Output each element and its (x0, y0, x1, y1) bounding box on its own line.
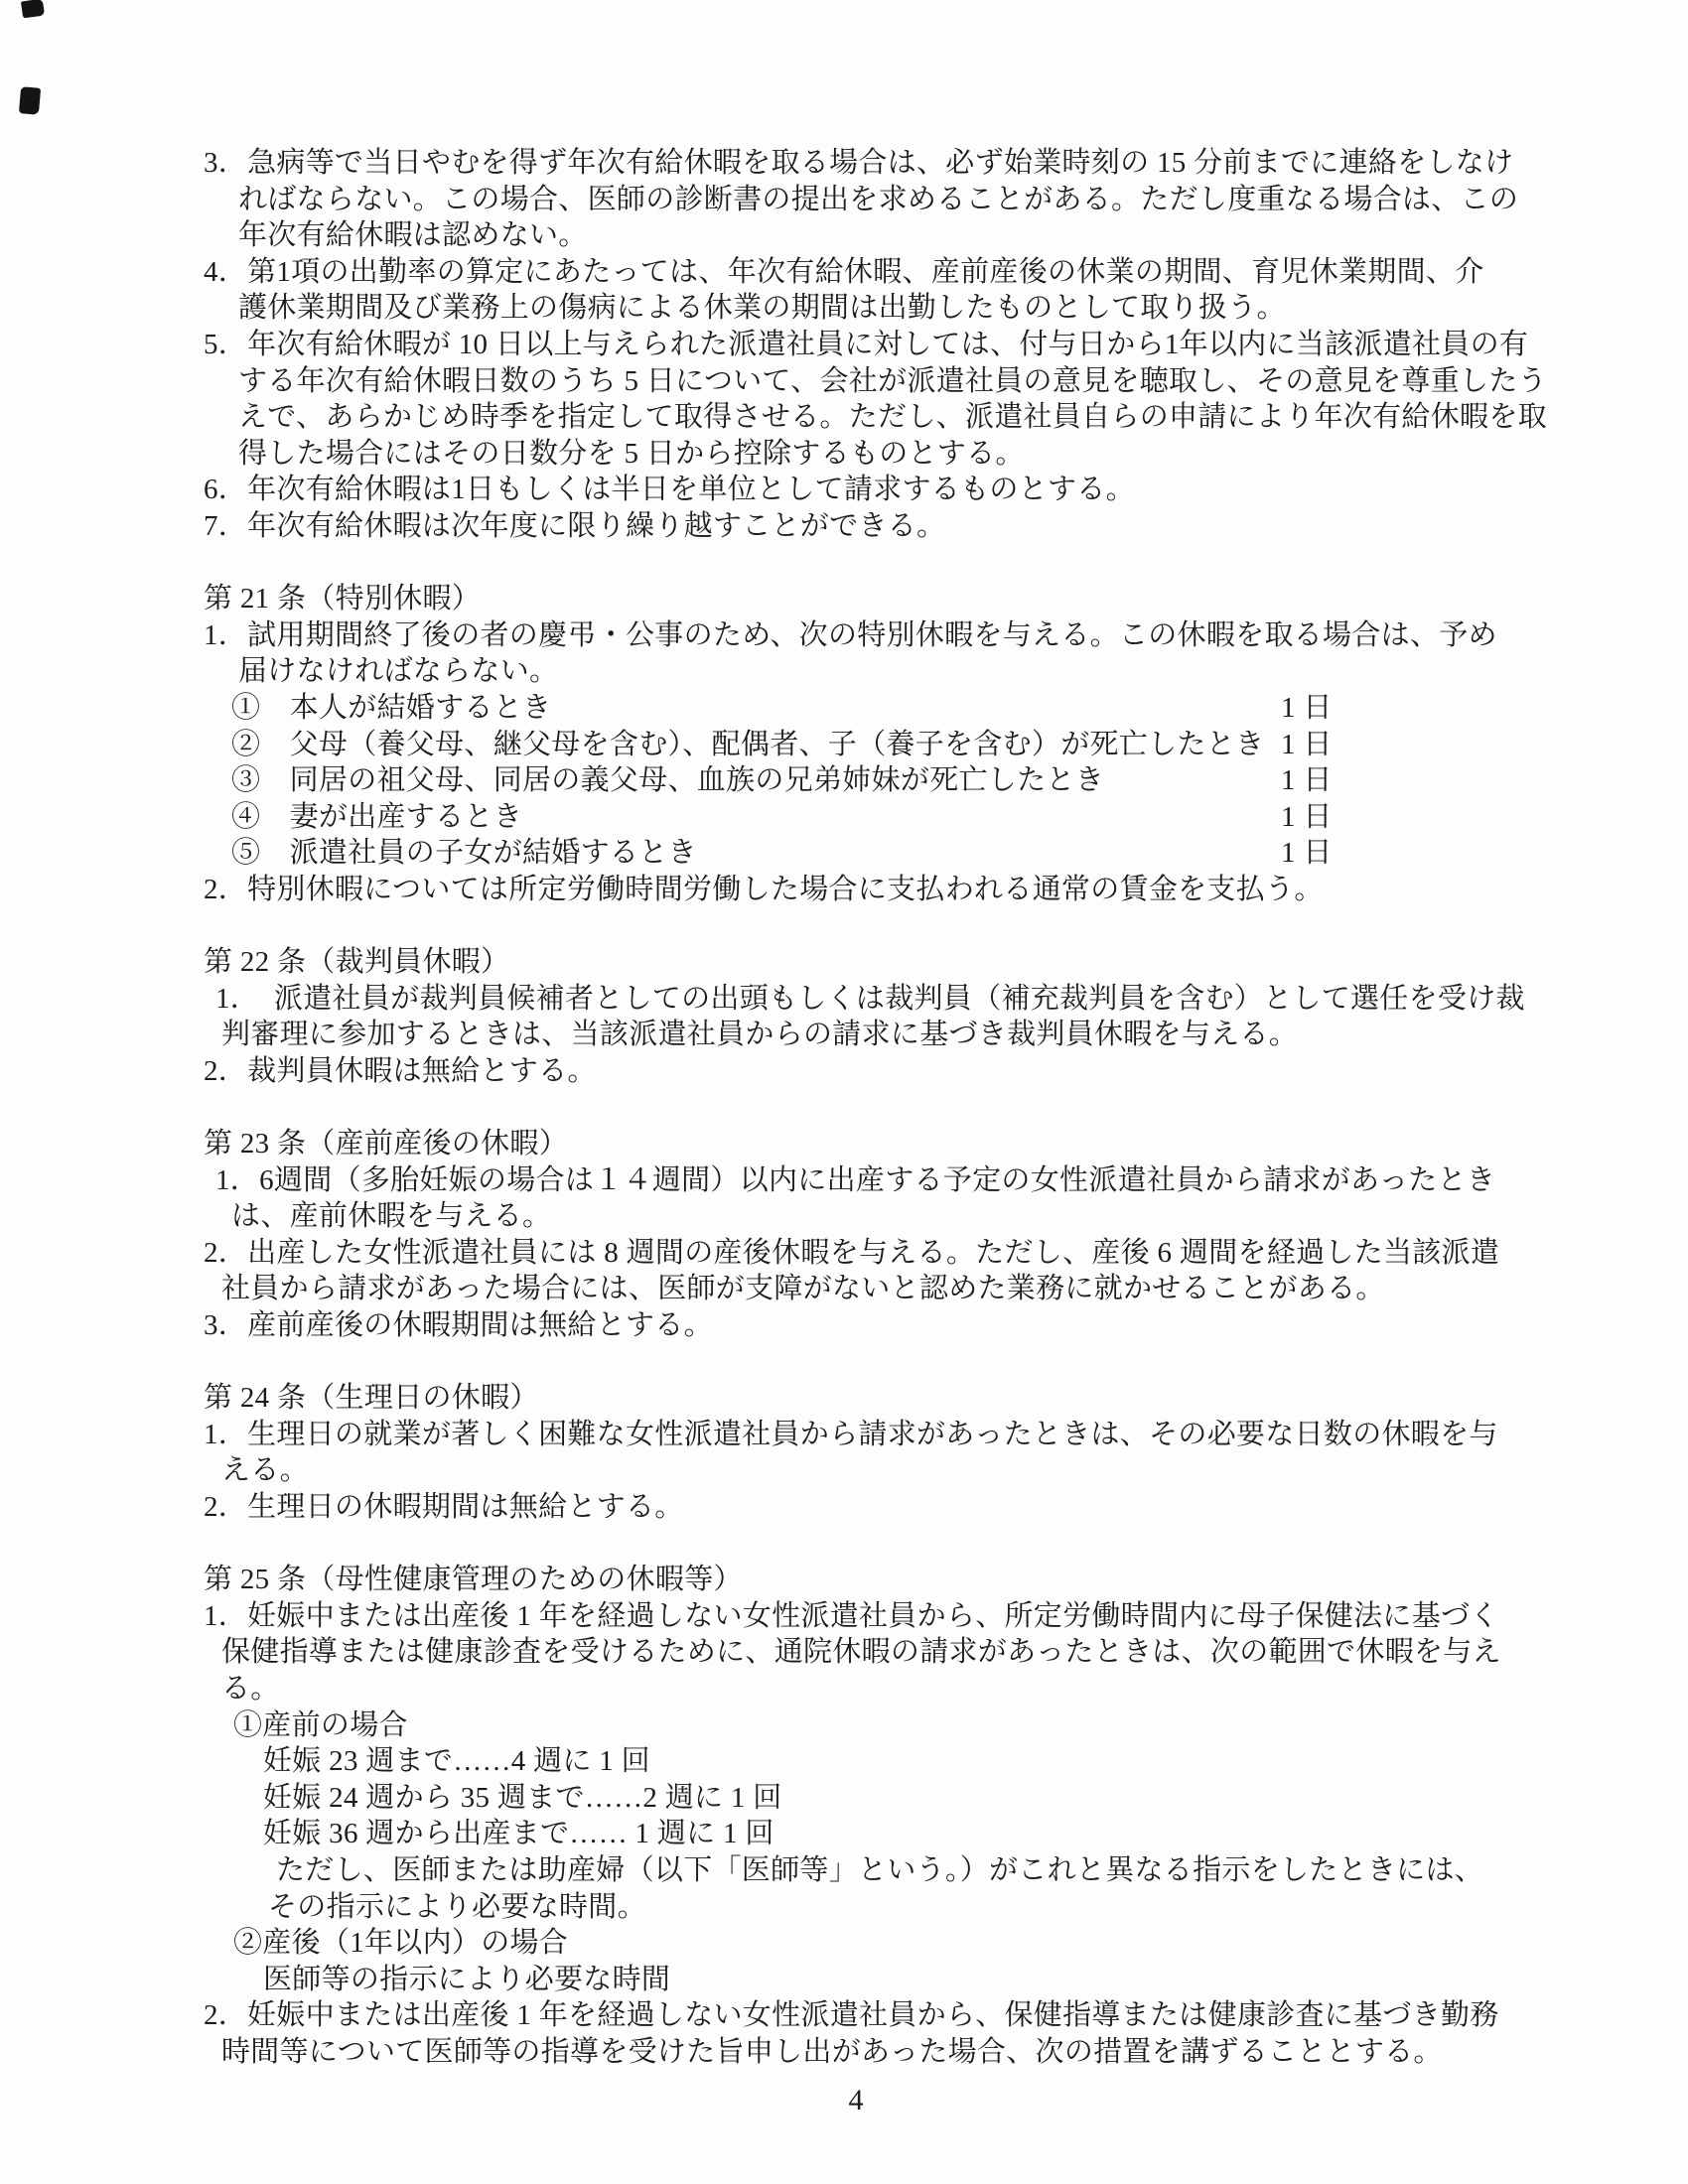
text-line: 7．年次有給休暇は次年度に限り繰り越すことができる。 (204, 508, 1554, 545)
text-line: 1．6週間（多胎妊娠の場合は１４週間）以内に出産する予定の女性派遣社員から請求が… (215, 1162, 1554, 1199)
line-text: 3．急病等で当日やむを得ず年次有給休暇を取る場合は、必ず始業時刻の 15 分前ま… (204, 147, 1513, 179)
article-heading: 第 23 条（産前産後の休暇） (204, 1126, 1554, 1162)
text-line: 妊娠 24 週から 35 週まで……2 週に 1 回 (263, 1780, 1554, 1817)
days-value: 1 日 (1281, 835, 1333, 872)
line-text: ればならない。この場合、医師の診断書の提出を求めることがある。ただし度重なる場合… (238, 184, 1518, 215)
line-text: ③ 同居の祖父母、同居の義父母、血族の兄弟姉妹が死亡したとき (231, 764, 1104, 796)
text-line: 3．産前産後の休暇期間は無給とする。 (204, 1307, 1554, 1344)
line-text: ①産前の場合 (233, 1709, 408, 1741)
scan-artifact-mark (21, 0, 45, 18)
article-heading: 第 22 条（裁判員休暇） (204, 944, 1554, 981)
text-line: ればならない。この場合、医師の診断書の提出を求めることがある。ただし度重なる場合… (238, 182, 1554, 218)
text-line: 2．裁判員休暇は無給とする。 (204, 1053, 1554, 1090)
line-text: 医師等の指示により必要な時間 (263, 1964, 670, 1995)
text-line: ①産前の場合 (233, 1707, 1554, 1744)
line-text: ⑤ 派遣社員の子女が結婚するとき (231, 837, 697, 869)
days-value: 1 日 (1281, 727, 1333, 763)
line-text: 妊娠 36 週から出産まで…… 1 週に 1 回 (263, 1818, 774, 1849)
text-line: ① 本人が結婚するとき1 日 (231, 690, 1554, 727)
text-line: 2．妊娠中または出産後 1 年を経過しない女性派遣社員から、保健指導または健康診… (204, 1997, 1554, 2034)
text-line: 妊娠 23 週まで……4 週に 1 回 (263, 1743, 1554, 1780)
line-text: ② 父母（養父母、継父母を含む）、配偶者、子（養子を含む）が死亡したとき (231, 729, 1264, 760)
line-text: 1．6週間（多胎妊娠の場合は１４週間）以内に出産する予定の女性派遣社員から請求が… (215, 1164, 1495, 1196)
line-text: ④ 妻が出産するとき (231, 801, 522, 833)
line-text: 妊娠 24 週から 35 週まで……2 週に 1 回 (263, 1782, 782, 1814)
line-text: えで、あらかじめ時季を指定して取得させる。ただし、派遣社員自らの申請により年次有… (238, 401, 1547, 433)
text-line: 医師等の指示により必要な時間 (263, 1962, 1554, 1998)
line-text: 第 24 条（生理日の休暇） (204, 1382, 539, 1414)
article-heading: 第 21 条（特別休暇） (204, 581, 1554, 617)
text-line: る。 (221, 1671, 1554, 1707)
text-line: 1．生理日の就業が著しく困難な女性派遣社員から請求があったときは、その必要な日数… (204, 1417, 1554, 1453)
line-text: 2．出産した女性派遣社員には 8 週間の産後休暇を与える。ただし、産後 6 週間… (204, 1237, 1499, 1269)
text-line: 3．急病等で当日やむを得ず年次有給休暇を取る場合は、必ず始業時刻の 15 分前ま… (204, 145, 1554, 182)
text-line: 1．試用期間終了後の者の慶弔・公事のため、次の特別休暇を与える。この休暇を取る場… (204, 617, 1554, 654)
text-line: 護休業期間及び業務上の傷病による休業の期間は出勤したものとして取り扱う。 (238, 290, 1554, 327)
line-text: 2．妊娠中または出産後 1 年を経過しない女性派遣社員から、保健指導または健康診… (204, 1999, 1499, 2031)
text-line: 判審理に参加するときは、当該派遣社員からの請求に基づき裁判員休暇を与える。 (221, 1017, 1554, 1053)
line-text: える。 (221, 1454, 309, 1486)
line-text: 第 23 条（産前産後の休暇） (204, 1128, 568, 1160)
scanned-document-page: 3．急病等で当日やむを得ず年次有給休暇を取る場合は、必ず始業時刻の 15 分前ま… (0, 0, 1688, 2184)
text-line: 時間等について医師等の指導を受けた旨申し出があった場合、次の措置を講ずることとす… (221, 2034, 1554, 2071)
line-text: 届けなければならない。 (238, 655, 558, 687)
text-line: ③ 同居の祖父母、同居の義父母、血族の兄弟姉妹が死亡したとき1 日 (231, 762, 1554, 799)
text-line: 得した場合にはその日数分を 5 日から控除するものとする。 (238, 436, 1554, 473)
line-text: る。 (221, 1673, 280, 1705)
line-text: 第 21 条（特別休暇） (204, 583, 481, 614)
line-text: 時間等について医師等の指導を受けた旨申し出があった場合、次の措置を講ずることとす… (221, 2036, 1443, 2068)
line-text: 1．生理日の就業が著しく困難な女性派遣社員から請求があったときは、その必要な日数… (204, 1419, 1498, 1450)
line-text: 2．特別休暇については所定労働時間労働した場合に支払われる通常の賃金を支払う。 (204, 874, 1324, 905)
text-line: ②産後（1年以内）の場合 (233, 1925, 1554, 1962)
line-text: 1．妊娠中または出産後 1 年を経過しない女性派遣社員から、所定労働時間内に母子… (204, 1600, 1499, 1632)
line-text: ただし、医師または助産婦（以下「医師等」という。）がこれと異なる指示をしたときに… (276, 1854, 1483, 1886)
line-text: 4．第1項の出勤率の算定にあたっては、年次有給休暇、産前産後の休業の期間、育児休… (204, 256, 1484, 288)
line-text: する年次有給休暇日数のうち 5 日について、会社が派遣社員の意見を聴取し、その意… (238, 365, 1547, 397)
text-line: する年次有給休暇日数のうち 5 日について、会社が派遣社員の意見を聴取し、その意… (238, 363, 1554, 400)
text-line: 2．生理日の休暇期間は無給とする。 (204, 1489, 1554, 1526)
text-line: は、産前休暇を与える。 (231, 1198, 1554, 1235)
text-line: 妊娠 36 週から出産まで…… 1 週に 1 回 (263, 1816, 1554, 1852)
days-value: 1 日 (1281, 690, 1333, 727)
days-value: 1 日 (1281, 799, 1333, 836)
line-text: 7．年次有給休暇は次年度に限り繰り越すことができる。 (204, 510, 945, 542)
text-line: ⑤ 派遣社員の子女が結婚するとき1 日 (231, 835, 1554, 872)
line-text: 得した場合にはその日数分を 5 日から控除するものとする。 (238, 438, 1025, 470)
document-content: 3．急病等で当日やむを得ず年次有給休暇を取る場合は、必ず始業時刻の 15 分前ま… (204, 145, 1554, 2070)
page-number: 4 (849, 2083, 864, 2118)
line-text: ① 本人が結婚するとき (231, 692, 551, 724)
line-text: 3．産前産後の休暇期間は無給とする。 (204, 1309, 713, 1341)
text-line: 6．年次有給休暇は1日もしくは半日を単位として請求するものとする。 (204, 472, 1554, 508)
article-heading: 第 25 条（母性健康管理のための休暇等） (204, 1562, 1554, 1598)
line-text: 6．年次有給休暇は1日もしくは半日を単位として請求するものとする。 (204, 474, 1135, 505)
line-text: 社員から請求があった場合には、医師が支障がないと認めた業務に就かせることがある。 (221, 1273, 1385, 1304)
text-line: ただし、医師または助産婦（以下「医師等」という。）がこれと異なる指示をしたときに… (276, 1852, 1554, 1889)
line-text: 2．生理日の休暇期間は無給とする。 (204, 1491, 684, 1523)
article-heading: 第 24 条（生理日の休暇） (204, 1380, 1554, 1417)
text-line: 保健指導または健康診査を受けるために、通院休暇の請求があったときは、次の範囲で休… (221, 1634, 1554, 1671)
text-line: 社員から請求があった場合には、医師が支障がないと認めた業務に就かせることがある。 (221, 1271, 1554, 1307)
line-text: 1． 派遣社員が裁判員候補者としての出頭もしくは裁判員（補充裁判員を含む）として… (215, 983, 1525, 1015)
text-line: 5．年次有給休暇が 10 日以上与えられた派遣社員に対しては、付与日から1年以内… (204, 327, 1554, 363)
text-line: 1． 派遣社員が裁判員候補者としての出頭もしくは裁判員（補充裁判員を含む）として… (215, 981, 1554, 1018)
scan-artifact-mark (19, 86, 41, 115)
text-line: 4．第1項の出勤率の算定にあたっては、年次有給休暇、産前産後の休業の期間、育児休… (204, 254, 1554, 291)
line-text: 5．年次有給休暇が 10 日以上与えられた派遣社員に対しては、付与日から1年以内… (204, 329, 1528, 360)
line-text: 護休業期間及び業務上の傷病による休業の期間は出勤したものとして取り扱う。 (238, 292, 1286, 324)
text-line: その指示により必要な時間。 (268, 1889, 1554, 1926)
line-text: 2．裁判員休暇は無給とする。 (204, 1055, 597, 1087)
text-line: 2．特別休暇については所定労働時間労働した場合に支払われる通常の賃金を支払う。 (204, 872, 1554, 908)
text-line: ② 父母（養父母、継父母を含む）、配偶者、子（養子を含む）が死亡したとき1 日 (231, 727, 1554, 763)
line-text: 第 25 条（母性健康管理のための休暇等） (204, 1564, 743, 1595)
line-text: ②産後（1年以内）の場合 (233, 1927, 568, 1959)
text-line: ④ 妻が出産するとき1 日 (231, 799, 1554, 836)
line-text: 1．試用期間終了後の者の慶弔・公事のため、次の特別休暇を与える。この休暇を取る場… (204, 619, 1497, 651)
text-line: えで、あらかじめ時季を指定して取得させる。ただし、派遣社員自らの申請により年次有… (238, 399, 1554, 436)
text-line: 年次有給休暇は認めない。 (238, 217, 1554, 254)
line-text: 保健指導または健康診査を受けるために、通院休暇の請求があったときは、次の範囲で休… (221, 1636, 1501, 1668)
text-line: 1．妊娠中または出産後 1 年を経過しない女性派遣社員から、所定労働時間内に母子… (204, 1598, 1554, 1635)
line-text: 妊娠 23 週まで……4 週に 1 回 (263, 1745, 650, 1777)
text-line: 2．出産した女性派遣社員には 8 週間の産後休暇を与える。ただし、産後 6 週間… (204, 1235, 1554, 1272)
line-text: 第 22 条（裁判員休暇） (204, 946, 509, 978)
text-line: える。 (221, 1452, 1554, 1489)
line-text: 判審理に参加するときは、当該派遣社員からの請求に基づき裁判員休暇を与える。 (221, 1019, 1298, 1050)
text-line: 届けなければならない。 (238, 653, 1554, 690)
days-value: 1 日 (1281, 762, 1333, 799)
line-text: 年次有給休暇は認めない。 (238, 219, 588, 251)
line-text: は、産前休暇を与える。 (231, 1200, 551, 1232)
line-text: その指示により必要な時間。 (268, 1891, 646, 1923)
